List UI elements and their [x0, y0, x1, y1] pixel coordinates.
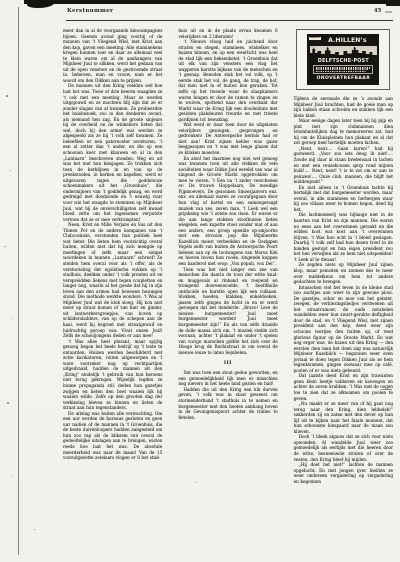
paragraph: De uitslag was buiten alle verwachting. …	[63, 411, 162, 461]
header-rule	[66, 20, 393, 21]
column-2: huis uit en in de plaats ervan kwamen 6 …	[178, 28, 277, 484]
scan-smudge	[385, 11, 392, 13]
scan-speck	[34, 529, 35, 530]
advertisement-frame: ROOKT A.HILLEN’s DELFTSCHE-POST O	[296, 29, 390, 90]
paragraph: Dat was toen een stout gedoe geworden, e…	[178, 370, 277, 387]
paragraph: Hadden die uit den Kring een kik durven …	[178, 387, 277, 420]
paragraph: Dat laatste deed Krist en zijn trawanten…	[294, 373, 393, 401]
paragraph: Wat werd er daar toen door de uitgelaten…	[178, 122, 277, 155]
paragraph: „Nu maakt er ze meer van of hij gaat nog…	[294, 401, 393, 434]
ad-slogan: ONOVERTREFBAAR	[309, 76, 377, 81]
scan-speck	[12, 318, 13, 319]
paragraph: Toen was het niet langer een zee van men…	[178, 267, 277, 356]
rookt-label: ROOKT	[309, 37, 321, 40]
scan-edge-strip	[24, 0, 400, 4]
paragraph: ’t Was alles heel plezant, maar spijtig …	[63, 339, 162, 411]
paragraph: De mannen uit den Kring voelden wel hoe …	[63, 83, 162, 222]
scan-speck	[4, 246, 6, 247]
ad-fine-print	[313, 65, 373, 74]
scan-speck	[7, 402, 9, 404]
skyline-silhouette-icon	[310, 46, 377, 57]
page-fold-line	[18, 7, 19, 555]
content-columns: meer dan in al de voorgaande kiescampagn…	[63, 28, 393, 484]
scan-speck	[6, 95, 8, 97]
column-3: ROOKT A.HILLEN’s DELFTSCHE-POST O	[294, 28, 393, 484]
paragraph: meer dan in al de voorgaande kiescampagn…	[63, 28, 162, 83]
paragraph: huis uit en in de plaats ervan kwamen 6 …	[178, 28, 277, 39]
paragraph: En niet alleen in ’t Groenhuis lachte hi…	[294, 185, 393, 213]
paragraph: Ze zegden niets op Mijnheer Juul zijnen …	[294, 262, 393, 284]
paragraph: Neen, Krist en Mille Verjans en Sus uit …	[63, 222, 162, 338]
paragraph: ’t Nieuws vloog luid en juichend door st…	[178, 39, 277, 122]
paragraph: Tijdens de serenade die ze ’s avonds aan…	[294, 96, 393, 118]
cigar-advertisement: ROOKT A.HILLEN’s DELFTSCHE-POST O	[307, 34, 379, 85]
column-1: meer dan in al de voorgaande kiescampagn…	[63, 28, 162, 484]
masthead-title: Kerstnummer	[67, 8, 113, 14]
scan-speck	[10, 170, 11, 171]
page-number: 45	[374, 8, 381, 14]
delft-skyline-graphic	[310, 46, 377, 57]
paragraph: „Hij doet het niet!” lachten de mannen o…	[294, 462, 393, 484]
paragraph: Doch ’t bleek algauw dat ze zich voor ni…	[294, 434, 393, 462]
scan-speck	[11, 476, 12, 477]
section-heading: III	[178, 361, 277, 366]
product-name: DELFTSCHE-POST	[309, 58, 377, 64]
scan-blob	[27, 0, 54, 8]
ad-header: ROOKT A.HILLEN’s	[309, 36, 377, 47]
scanned-magazine-page: Kerstnummer 45 meer dan in al de voorgaa…	[0, 0, 400, 562]
scan-edge-strip-right	[386, 0, 400, 6]
paragraph: Maar eenige dagen later toen hij bij pij…	[294, 118, 393, 146]
paragraph: „Neut, neut.... Gaan kuren!” had hij gez…	[294, 146, 393, 185]
paragraph: Die lachmeneerij was bijlange niet in de…	[294, 212, 393, 262]
fine-print-line	[316, 71, 367, 72]
paragraph: En alsof het daarmee nog niet wel genoeg…	[178, 156, 277, 267]
paragraph: Intusschen viel het leven in de kleine s…	[294, 285, 393, 374]
